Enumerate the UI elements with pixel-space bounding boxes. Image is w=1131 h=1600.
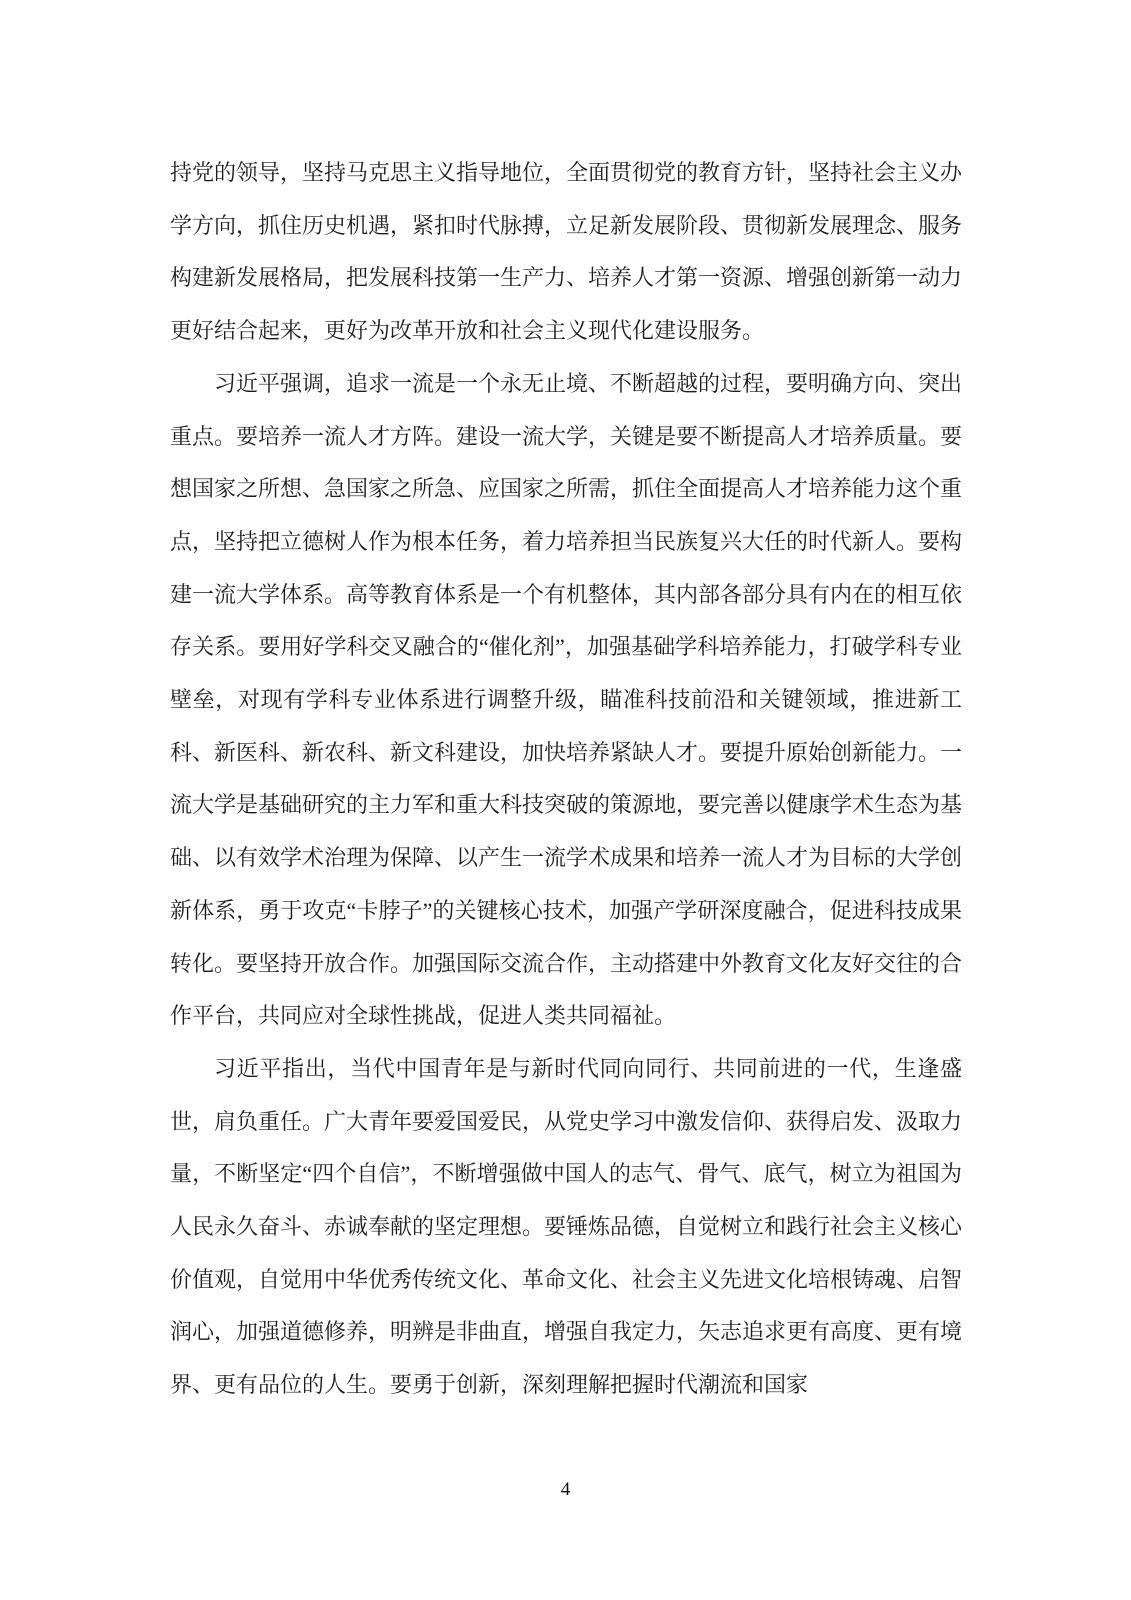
paragraph: 持党的领导，坚持马克思主义指导地位，全面贯彻党的教育方针，坚持社会主义办学方向，…	[170, 147, 962, 358]
paragraph: 习近平强调，追求一流是一个永无止境、不断超越的过程，要明确方向、突出重点。要培养…	[170, 358, 962, 1043]
document-body: 持党的领导，坚持马克思主义指导地位，全面贯彻党的教育方针，坚持社会主义办学方向，…	[170, 147, 962, 1412]
paragraph: 习近平指出，当代中国青年是与新时代同向同行、共同前进的一代，生逢盛世，肩负重任。…	[170, 1043, 962, 1412]
document-page: 持党的领导，坚持马克思主义指导地位，全面贯彻党的教育方针，坚持社会主义办学方向，…	[0, 0, 1131, 1600]
page-number: 4	[0, 1478, 1131, 1502]
